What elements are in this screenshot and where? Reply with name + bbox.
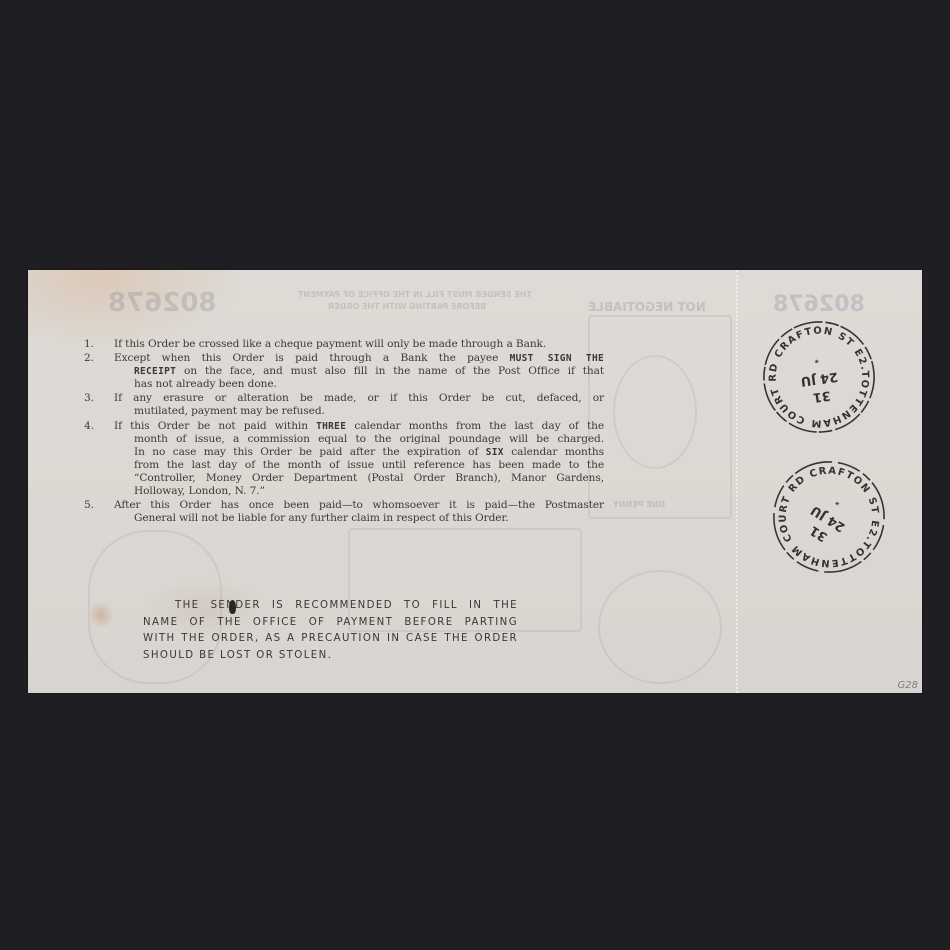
ink-blot [229, 600, 236, 614]
notice-line: WITH THE ORDER, AS A PRECAUTION IN CASE … [143, 631, 518, 648]
condition-line: from the last day of the month of issue … [114, 459, 604, 472]
condition-line: mutilated, payment may be refused. [114, 405, 604, 418]
show-through-header-2: BEFORE PARTING WITH THE ORDER [328, 302, 486, 311]
condition-line: After this Order has once been paid—to w… [114, 499, 604, 512]
postmark-lower: TOTTENHAM COURT RD CRAFTON ST E2. W.1 24… [759, 447, 899, 587]
condition-line: If this Order be not paid within THREE c… [114, 420, 604, 433]
notice-line: NAME OF THE OFFICE OF PAYMENT BEFORE PAR… [143, 615, 518, 632]
condition-number: 1. [84, 338, 114, 351]
condition-line: Holloway, London, N. 7.” [114, 485, 604, 498]
svg-text:24 JU: 24 JU [800, 368, 839, 388]
condition-line: General will not be liable for any furth… [114, 512, 604, 525]
show-through-stamp-oval [613, 355, 697, 469]
condition-line: In no case may this Order be paid after … [114, 446, 604, 459]
condition-line: If any erasure or alteration be made, or… [114, 392, 604, 405]
condition-number: 3. [84, 392, 114, 418]
postmark-lower-icon: TOTTENHAM COURT RD CRAFTON ST E2. W.1 24… [759, 447, 899, 587]
foxing-stain [90, 600, 112, 630]
postmark-upper: TOTTENHAM COURT RD CRAFTON ST E2. W.1 24… [752, 310, 885, 443]
condition-number: 2. [84, 352, 114, 391]
condition-number: 4. [84, 420, 114, 499]
condition-2: 2. Except when this Order is paid throug… [84, 352, 604, 391]
condition-1: 1. If this Order be crossed like a chequ… [84, 338, 604, 351]
counterfoil-perforation [736, 270, 738, 693]
postmark-upper-icon: TOTTENHAM COURT RD CRAFTON ST E2. W.1 24… [752, 310, 885, 443]
condition-5: 5. After this Order has once been paid—t… [84, 499, 604, 525]
condition-line: Except when this Order is paid through a… [114, 352, 604, 365]
condition-line: If this Order be crossed like a cheque p… [114, 338, 604, 351]
svg-text:31: 31 [812, 387, 832, 404]
postal-order-reverse: 802678 THE SENDER MUST FILL IN THE OFFIC… [28, 270, 922, 693]
show-through-header-1: THE SENDER MUST FILL IN THE OFFICE OF PA… [298, 290, 532, 299]
show-through-serial: 802678 [108, 288, 217, 318]
svg-text:*: * [834, 498, 842, 508]
show-through-lower-oval [598, 570, 722, 684]
svg-text:*: * [814, 355, 819, 364]
condition-line: has not already been done. [114, 378, 604, 391]
sender-notice: THE SENDER IS RECOMMENDED TO FILL IN THE… [143, 598, 518, 664]
condition-4: 4. If this Order be not paid within THRE… [84, 420, 604, 499]
conditions-list: 1. If this Order be crossed like a chequ… [84, 338, 604, 526]
condition-number: 5. [84, 499, 114, 525]
condition-3: 3. If any erasure or alteration be made,… [84, 392, 604, 418]
show-through-value: ONE PENNY [613, 500, 665, 509]
notice-line: SHOULD BE LOST OR STOLEN. [143, 648, 518, 665]
condition-line: month of issue, a commission equal to th… [114, 433, 604, 446]
pencil-reference-note: G28 [898, 680, 918, 691]
condition-line: “Controller, Money Order Department (Pos… [114, 472, 604, 485]
show-through-not-negotiable: NOT NEGOTIABLE [588, 300, 706, 314]
notice-line: THE SENDER IS RECOMMENDED TO FILL IN THE [143, 598, 518, 615]
condition-line: RECEIPT on the face, and must also fill … [114, 365, 604, 378]
